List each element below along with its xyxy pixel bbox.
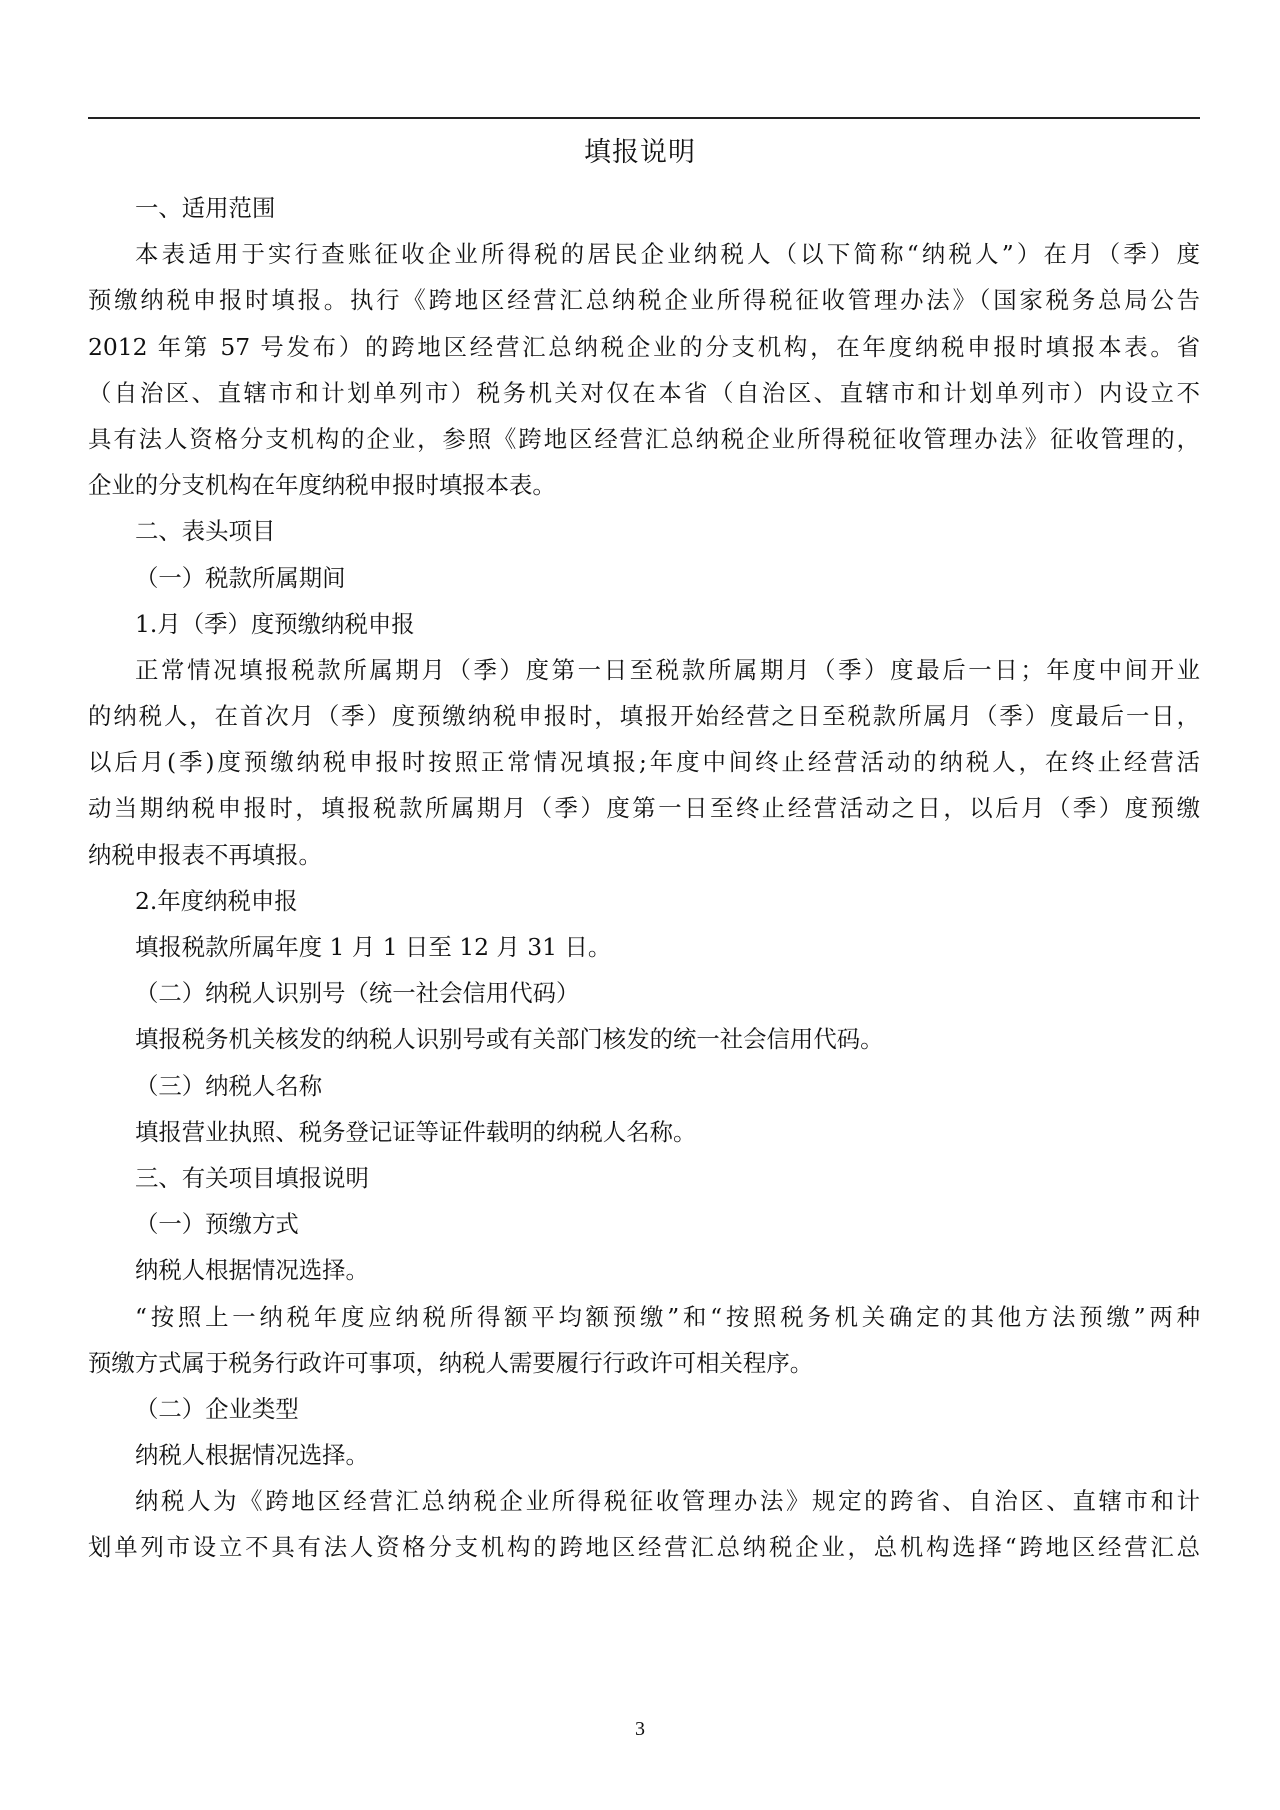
body-line: 纳税申报表不再填报。	[88, 832, 1200, 878]
section-heading: 一、适用范围	[88, 185, 1200, 231]
body-line: 填报税款所属年度 1 月 1 日至 12 月 31 日。	[88, 924, 1200, 970]
body-line: 的纳税人，在首次月（季）度预缴纳税申报时，填报开始经营之日至税款所属月（季）度最…	[88, 693, 1200, 739]
document-body: 一、适用范围 本表适用于实行查账征收企业所得税的居民企业纳税人（以下简称“纳税人…	[88, 185, 1200, 1571]
item-heading: 2.年度纳税申报	[88, 878, 1200, 924]
body-line: “按照上一纳税年度应纳税所得额平均额预缴”和“按照税务机关确定的其他方法预缴”两…	[88, 1294, 1200, 1340]
subsection-heading: （二）纳税人识别号（统一社会信用代码）	[88, 970, 1200, 1016]
body-line: 本表适用于实行查账征收企业所得税的居民企业纳税人（以下简称“纳税人”）在月（季）…	[88, 231, 1200, 277]
body-line: 填报营业执照、税务登记证等证件载明的纳税人名称。	[88, 1109, 1200, 1155]
subsection-heading: （二）企业类型	[88, 1386, 1200, 1432]
body-line: 划单列市设立不具有法人资格分支机构的跨地区经营汇总纳税企业，总机构选择“跨地区经…	[88, 1524, 1200, 1570]
item-heading: 1.月（季）度预缴纳税申报	[88, 601, 1200, 647]
body-line: 预缴纳税申报时填报。执行《跨地区经营汇总纳税企业所得税征收管理办法》（国家税务总…	[88, 277, 1200, 323]
body-line: 2012 年第 57 号发布）的跨地区经营汇总纳税企业的分支机构，在年度纳税申报…	[88, 324, 1200, 370]
section-heading: 三、有关项目填报说明	[88, 1155, 1200, 1201]
page-number: 3	[0, 1718, 1280, 1741]
body-line: （自治区、直辖市和计划单列市）税务机关对仅在本省（自治区、直辖市和计划单列市）内…	[88, 370, 1200, 416]
body-line: 正常情况填报税款所属期月（季）度第一日至税款所属期月（季）度最后一日；年度中间开…	[88, 647, 1200, 693]
subsection-heading: （一）税款所属期间	[88, 555, 1200, 601]
section-heading: 二、表头项目	[88, 508, 1200, 554]
subsection-heading: （一）预缴方式	[88, 1201, 1200, 1247]
body-line: 企业的分支机构在年度纳税申报时填报本表。	[88, 462, 1200, 508]
body-line: 纳税人根据情况选择。	[88, 1432, 1200, 1478]
body-line: 动当期纳税申报时，填报税款所属期月（季）度第一日至终止经营活动之日，以后月（季）…	[88, 785, 1200, 831]
header-rule	[88, 117, 1200, 119]
body-line: 填报税务机关核发的纳税人识别号或有关部门核发的统一社会信用代码。	[88, 1016, 1200, 1062]
body-line: 以后月(季)度预缴纳税申报时按照正常情况填报;年度中间终止经营活动的纳税人，在终…	[88, 739, 1200, 785]
body-line: 具有法人资格分支机构的企业，参照《跨地区经营汇总纳税企业所得税征收管理办法》征收…	[88, 416, 1200, 462]
body-line: 预缴方式属于税务行政许可事项，纳税人需要履行行政许可相关程序。	[88, 1340, 1200, 1386]
subsection-heading: （三）纳税人名称	[88, 1063, 1200, 1109]
body-line: 纳税人为《跨地区经营汇总纳税企业所得税征收管理办法》规定的跨省、自治区、直辖市和…	[88, 1478, 1200, 1524]
document-title: 填报说明	[0, 136, 1280, 170]
body-line: 纳税人根据情况选择。	[88, 1247, 1200, 1293]
